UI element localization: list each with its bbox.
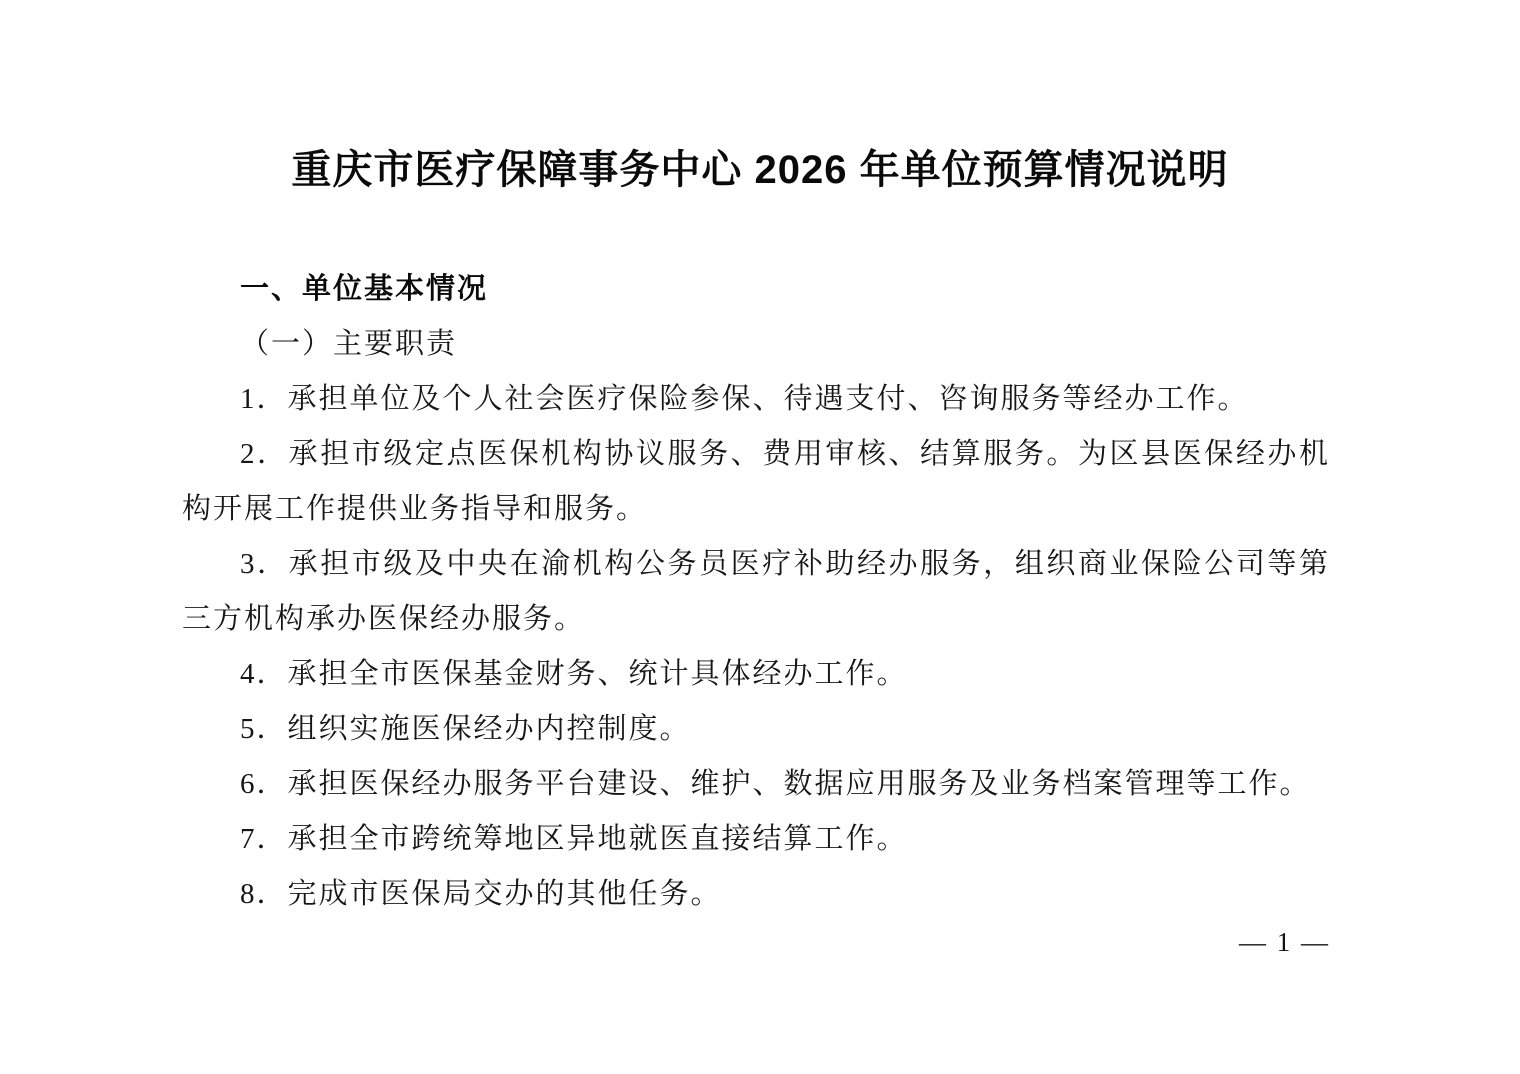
document-title: 重庆市医疗保障事务中心 2026 年单位预算情况说明 <box>170 148 1350 192</box>
section-heading: 一、单位基本情况 <box>182 262 1330 317</box>
page-number: — 1 — <box>0 922 1330 962</box>
duty-item-6: 6．承担医保经办服务平台建设、维护、数据应用服务及业务档案管理等工作。 <box>182 757 1330 812</box>
document-body: 一、单位基本情况 （一）主要职责 1．承担单位及个人社会医疗保险参保、待遇支付、… <box>182 262 1330 922</box>
document-page: 重庆市医疗保障事务中心 2026 年单位预算情况说明 一、单位基本情况 （一）主… <box>0 0 1520 1074</box>
duty-item-4: 4．承担全市医保基金财务、统计具体经办工作。 <box>182 647 1330 702</box>
duty-item-5: 5．组织实施医保经办内控制度。 <box>182 702 1330 757</box>
duty-item-3: 3．承担市级及中央在渝机构公务员医疗补助经办服务，组织商业保险公司等第三方机构承… <box>182 537 1330 647</box>
duty-item-1: 1．承担单位及个人社会医疗保险参保、待遇支付、咨询服务等经办工作。 <box>182 372 1330 427</box>
subsection-heading: （一）主要职责 <box>182 317 1330 372</box>
duty-item-2: 2．承担市级定点医保机构协议服务、费用审核、结算服务。为区县医保经办机构开展工作… <box>182 427 1330 537</box>
duty-item-7: 7．承担全市跨统筹地区异地就医直接结算工作。 <box>182 812 1330 867</box>
duty-item-8: 8．完成市医保局交办的其他任务。 <box>182 867 1330 922</box>
